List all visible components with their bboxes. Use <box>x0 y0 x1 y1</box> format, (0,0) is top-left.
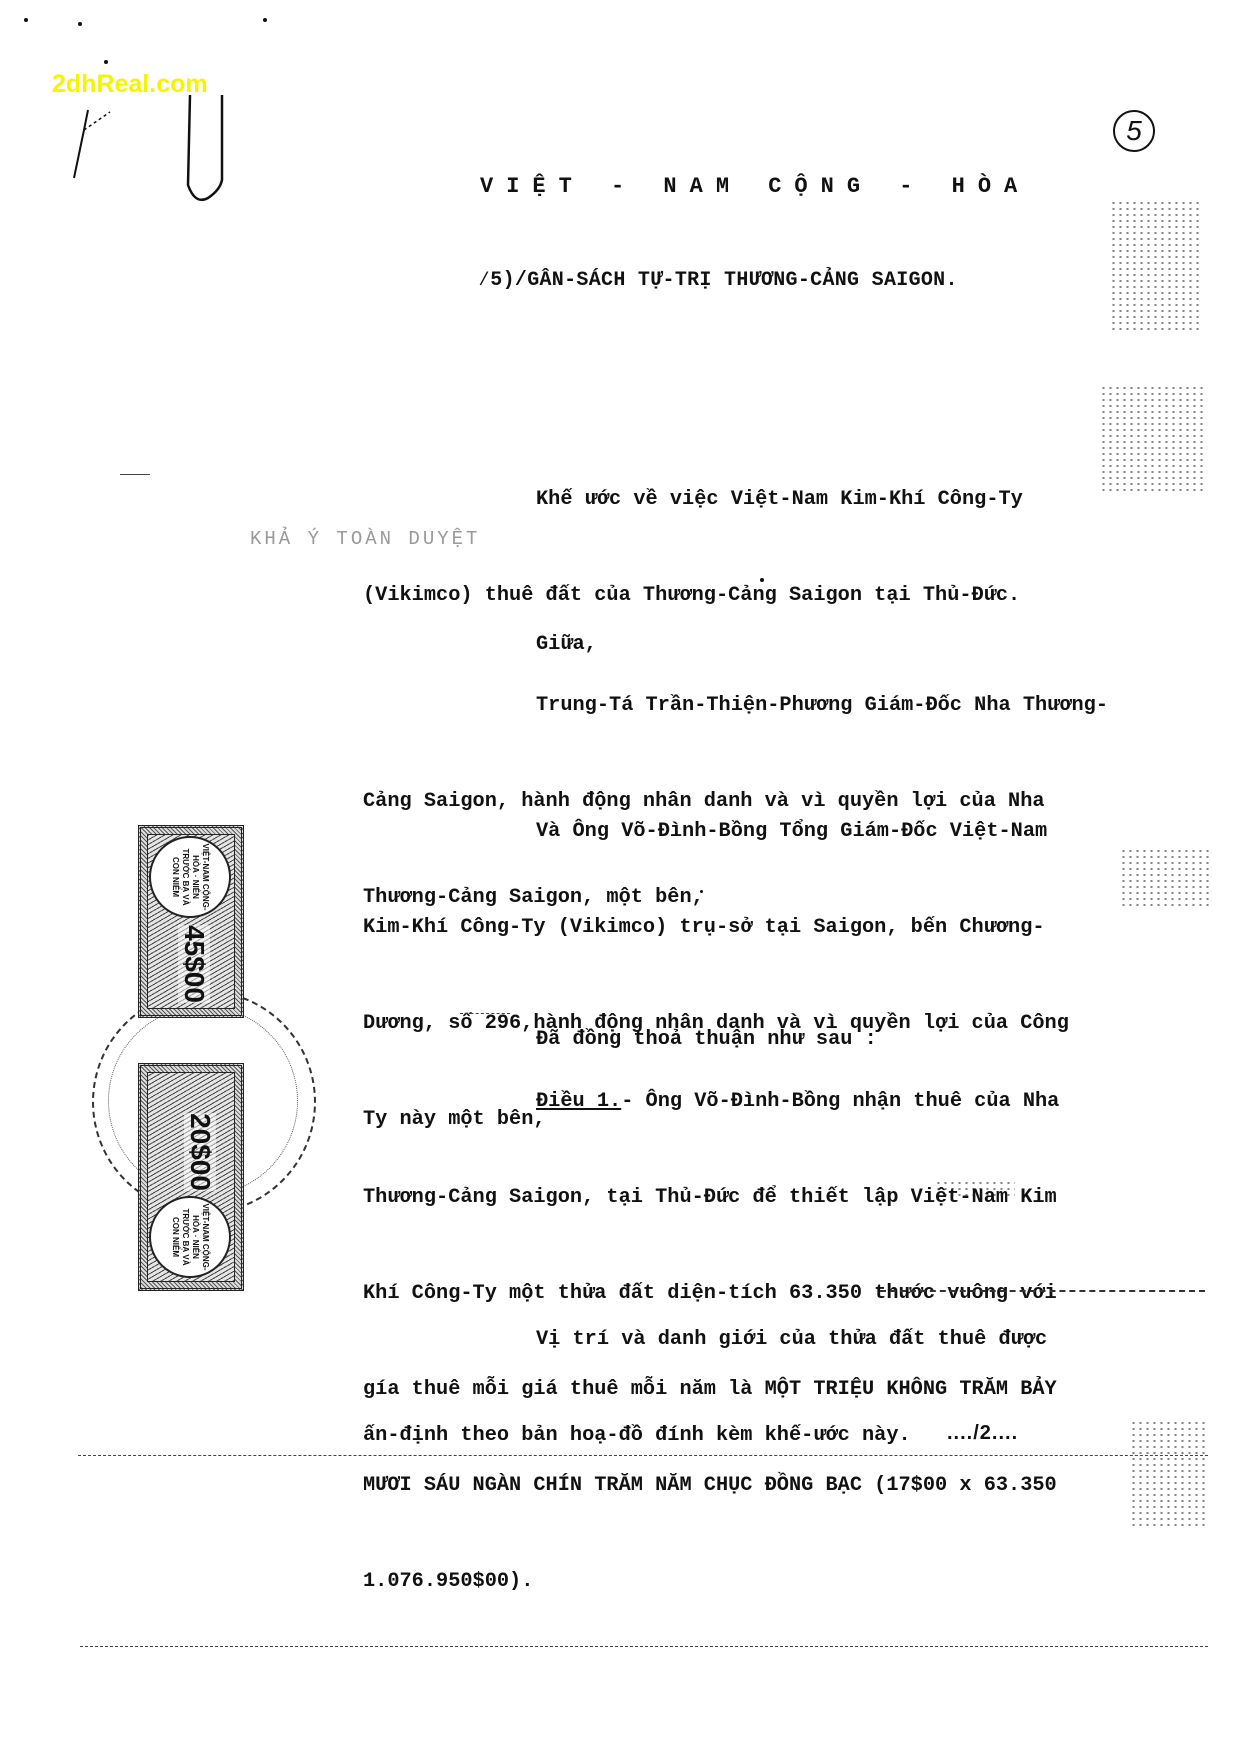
stamp-value: 20$00 <box>184 1113 216 1191</box>
scan-line <box>120 474 150 475</box>
stamp-emblem-text: VIỆT-NAM CỘNG-HÒA · NIÊN TRƯỚC BẠ VÀ CON… <box>170 842 210 912</box>
article-1-line: - Ông Võ-Đình-Bồng nhận thuê của Nha <box>621 1090 1059 1113</box>
scan-dot <box>104 60 108 64</box>
document-subtitle: ⁄5)/GÂN-SÁCH TỰ-TRỊ THƯƠNG-CẢNG SAIGON. <box>478 269 958 292</box>
scan-noise <box>1130 1420 1205 1530</box>
location-line: ấn-định theo bản hoạ-đồ đính kèm khế-ước… <box>363 1420 1213 1452</box>
watermark-logo: 2dhReal.com <box>52 70 208 99</box>
article-1-label: Điều 1. <box>536 1090 621 1113</box>
scan-line <box>460 1013 510 1014</box>
scan-dot <box>760 578 764 582</box>
article-1-line: Thương-Cảng Saigon, tại Thủ-Đức để thiết… <box>363 1182 1213 1214</box>
document-title: VIỆT - NAM CỘNG - HÒA <box>480 174 1030 199</box>
location-paragraph: Vị trí và danh giới của thửa đất thuê đư… <box>363 1260 1213 1484</box>
party-1-line: Trung-Tá Trần-Thiện-Phương Giám-Đốc Nha … <box>363 690 1213 722</box>
revenue-stamp-2: 20$00 VIỆT-NAM CỘNG-HÒA · NIÊN TRƯỚC BẠ … <box>138 1063 244 1291</box>
divider <box>880 1290 1205 1292</box>
scan-dot <box>78 22 82 26</box>
page-number-circled: 5 <box>1113 110 1155 152</box>
location-line: Vị trí và danh giới của thửa đất thuê đư… <box>363 1324 1213 1356</box>
party-2-line: Kim-Khí Công-Ty (Vikimco) trụ-sở tại Sai… <box>363 912 1213 944</box>
article-1-line: 1.076.950$00). <box>363 1566 1213 1598</box>
stamp-emblem: VIỆT-NAM CỘNG-HÒA · NIÊN TRƯỚC BẠ VÀ CON… <box>149 1196 231 1278</box>
stamp-value: 45$00 <box>178 925 210 1003</box>
stamp-emblem-text: VIỆT-NAM CỘNG-HÒA · NIÊN TRƯỚC BẠ VÀ CON… <box>170 1202 210 1272</box>
scan-noise <box>935 1180 1015 1198</box>
scan-line <box>78 1455 1208 1456</box>
scan-noise <box>1120 848 1210 908</box>
intro-line-1: Khế ước về việc Việt-Nam Kim-Khí Công-Ty <box>363 484 1213 516</box>
scan-line <box>80 1646 1208 1647</box>
party-2-line: Và Ông Võ-Đình-Bồng Tổng Giám-Đốc Việt-N… <box>363 816 1213 848</box>
scan-dot <box>24 18 28 22</box>
handwritten-mark-icon <box>60 90 240 220</box>
revenue-stamp-1: VIỆT-NAM CỘNG-HÒA · NIÊN TRƯỚC BẠ VÀ CON… <box>138 825 244 1018</box>
scan-noise <box>1100 385 1205 495</box>
scan-dot <box>700 890 703 893</box>
continuation-marker: ..../2.... <box>947 1422 1018 1445</box>
scan-noise <box>1110 200 1200 330</box>
scan-dot <box>263 18 267 22</box>
stamp-emblem: VIỆT-NAM CỘNG-HÒA · NIÊN TRƯỚC BẠ VÀ CON… <box>149 836 231 918</box>
